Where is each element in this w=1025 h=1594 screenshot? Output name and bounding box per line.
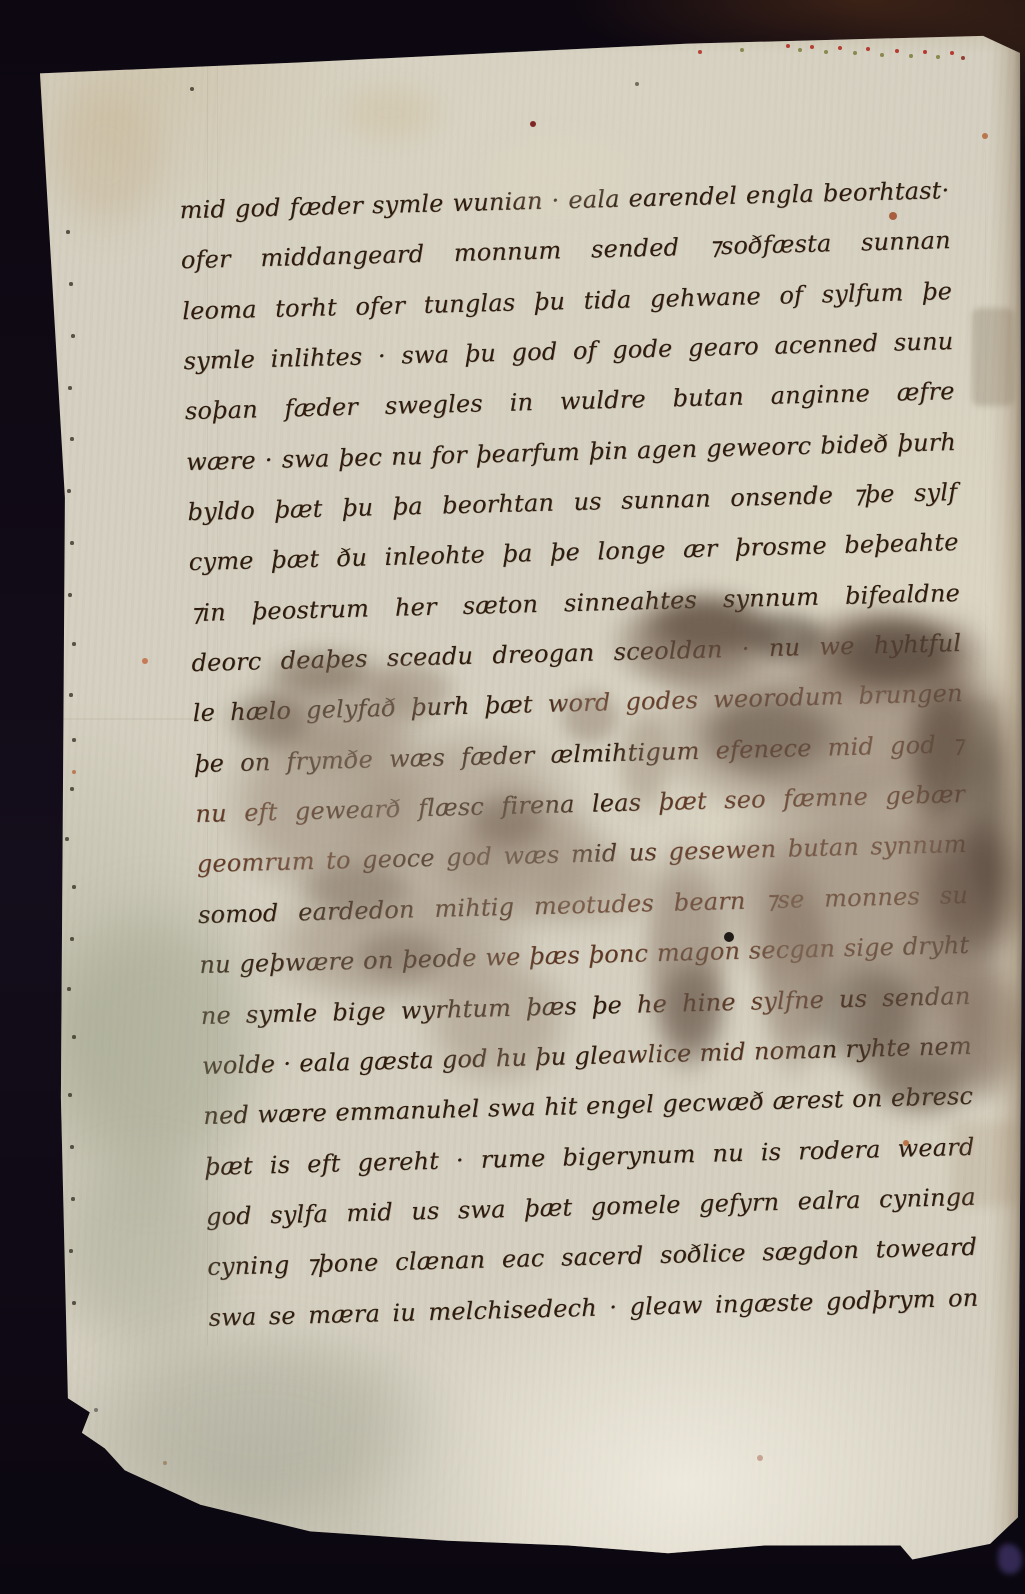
prick-mark <box>72 1035 76 1039</box>
ink-stain <box>860 1040 980 1120</box>
show-through-ghost <box>952 1122 1018 1206</box>
prick-mark <box>65 837 69 841</box>
ink-stain <box>615 700 675 820</box>
ink-stain <box>742 607 832 667</box>
ink-stain <box>470 130 650 220</box>
prick-mark <box>69 693 73 697</box>
prick-mark <box>70 1145 74 1149</box>
ink-stain <box>36 66 176 246</box>
prick-mark <box>67 489 71 493</box>
show-through-ghost <box>972 308 1014 406</box>
speck <box>757 1455 763 1461</box>
speck <box>163 1461 167 1465</box>
speck <box>142 658 148 664</box>
speck <box>786 44 790 48</box>
ink-stain <box>462 788 552 853</box>
prick-mark <box>72 885 76 889</box>
speck <box>72 770 76 774</box>
speck <box>824 50 828 54</box>
speck <box>895 49 899 53</box>
speck <box>190 87 194 91</box>
prick-mark <box>71 1197 75 1201</box>
ruling-line <box>207 62 208 1345</box>
prick-mark <box>70 541 74 545</box>
ink-stain <box>330 78 450 148</box>
prick-mark <box>69 1249 73 1253</box>
prick-mark <box>71 334 75 338</box>
artifact-layer: mid god fæder symle wunian · eala earend… <box>0 0 1025 1594</box>
ink-stain <box>690 690 850 780</box>
show-through-ghost <box>964 700 998 820</box>
prick-mark <box>66 230 70 234</box>
speck <box>961 56 965 60</box>
speck <box>838 46 842 50</box>
speck <box>936 55 940 59</box>
ink-stain <box>222 688 317 753</box>
ink-stain <box>292 856 422 921</box>
speck <box>740 48 744 52</box>
speck <box>724 932 734 942</box>
speck <box>853 51 857 55</box>
ink-stain <box>260 648 380 698</box>
speck <box>880 53 884 57</box>
speck <box>866 47 870 51</box>
prick-mark <box>69 282 73 286</box>
speck <box>923 50 927 54</box>
prick-mark <box>68 386 72 390</box>
binding-cloth-fragment <box>998 1544 1022 1574</box>
speck <box>635 82 639 86</box>
speck <box>798 48 802 52</box>
prick-mark <box>72 642 76 646</box>
speck <box>903 1140 909 1146</box>
manuscript-photograph: mid god fæder symle wunian · eala earend… <box>0 0 1025 1594</box>
speck <box>530 121 536 127</box>
ink-stain <box>655 950 730 1070</box>
prick-mark <box>72 738 76 742</box>
parchment-page: mid god fæder symle wunian · eala earend… <box>28 28 1025 1594</box>
prick-mark <box>67 987 71 991</box>
speck <box>889 212 897 220</box>
speck <box>982 133 988 139</box>
ink-stain <box>345 925 455 985</box>
prick-mark <box>70 937 74 941</box>
prick-mark <box>68 1093 72 1097</box>
ink-stain <box>555 685 625 750</box>
speck <box>94 1408 98 1412</box>
prick-mark <box>72 1301 76 1305</box>
speck <box>810 45 814 49</box>
speck <box>950 51 954 55</box>
speck <box>698 50 702 54</box>
ruling-line <box>217 62 218 1345</box>
speck <box>909 54 913 58</box>
prick-mark <box>70 787 74 791</box>
prick-mark <box>70 437 74 441</box>
prick-mark <box>68 593 72 597</box>
